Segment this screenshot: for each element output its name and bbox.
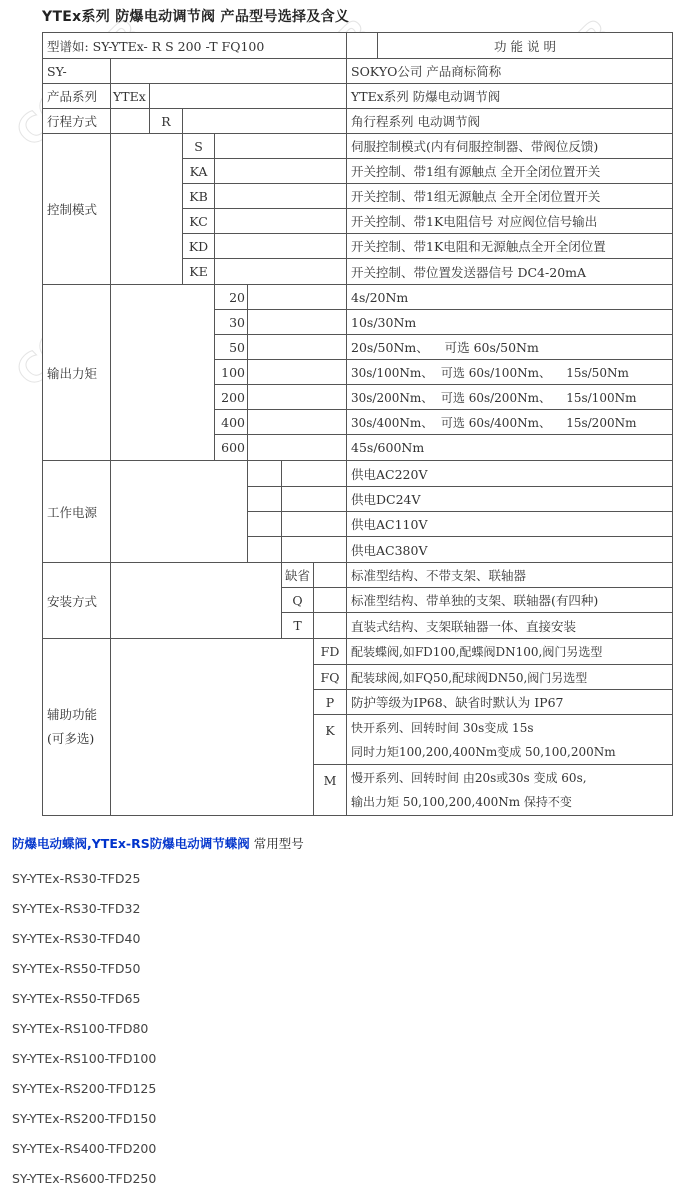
aux-label-line2: (可多选): [47, 727, 94, 751]
header-function: 功 能 说 明: [377, 32, 673, 59]
power-blank-2: [281, 486, 347, 512]
control-desc-kd: 开关控制、带1K电阻和无源触点全开全闭位置: [346, 233, 673, 259]
aux-desc-fd: 配装蝶阀,如FD100,配蝶阀DN100,阀门另选型: [346, 638, 673, 665]
torque-code-20: 20: [214, 284, 248, 310]
control-blank-kd: [214, 233, 347, 259]
torque-blank: [110, 284, 215, 461]
model-selection-table: 型谱如: SY-YTEx- R S 200 -T FQ100 功 能 说 明 S…: [0, 0, 679, 820]
power-label: 工作电源: [42, 460, 111, 563]
control-blank-kb: [214, 183, 347, 209]
torque-label: 输出力矩: [42, 284, 111, 461]
torque-desc-400: 30s/400Nm、 可选 60s/400Nm、 15s/200Nm: [346, 409, 673, 435]
model-item: SY-YTEx-RS200-TFD125: [12, 1074, 304, 1104]
aux-desc-k-line2: 同时力矩100,200,400Nm变成 50,100,200Nm: [351, 740, 616, 764]
series-desc: YTEx系列 防爆电动调节阀: [346, 83, 673, 109]
mount-label: 安装方式: [42, 562, 111, 639]
mount-blank-t: [313, 612, 347, 639]
aux-desc-p: 防护等级为IP68、缺省时默认为 IP67: [346, 689, 673, 715]
power-code-3: [247, 511, 282, 537]
model-item: SY-YTEx-RS100-TFD100: [12, 1044, 304, 1074]
model-item: SY-YTEx-RS30-TFD40: [12, 924, 304, 954]
torque-desc-30: 10s/30Nm: [346, 309, 673, 335]
mount-desc-default: 标准型结构、不带支架、联轴器: [346, 562, 673, 588]
control-blank-ke: [214, 258, 347, 285]
aux-code-k: K: [313, 714, 347, 765]
control-label: 控制模式: [42, 133, 111, 285]
torque-blank-200: [247, 384, 347, 410]
model-item: SY-YTEx-RS200-TFD150: [12, 1104, 304, 1134]
power-code-2: [247, 486, 282, 512]
power-blank: [110, 460, 248, 563]
torque-desc-20: 4s/20Nm: [346, 284, 673, 310]
model-item: SY-YTEx-RS50-TFD50: [12, 954, 304, 984]
mount-desc-q: 标准型结构、带单独的支架、联轴器(有四种): [346, 587, 673, 613]
control-desc-s: 伺服控制模式(内有伺服控制器、带阀位反馈): [346, 133, 673, 159]
model-item: SY-YTEx-RS30-TFD32: [12, 894, 304, 924]
model-item: SY-YTEx-RS400-TFD200: [12, 1134, 304, 1164]
stroke-label: 行程方式: [42, 108, 111, 134]
brand-blank: [110, 58, 347, 84]
control-blank: [110, 133, 183, 285]
mount-blank-q: [313, 587, 347, 613]
aux-label-line1: 辅助功能: [47, 703, 97, 727]
stroke-blank1: [110, 108, 150, 134]
aux-label: 辅助功能 (可多选): [42, 638, 111, 816]
model-item: SY-YTEx-RS50-TFD65: [12, 984, 304, 1014]
power-blank-4: [281, 536, 347, 563]
control-blank-kc: [214, 208, 347, 234]
power-code-1: [247, 460, 282, 487]
control-blank-ka: [214, 158, 347, 184]
model-item: SY-YTEx-RS600-TFD250: [12, 1164, 304, 1186]
series-blank: [149, 83, 347, 109]
brand-desc: SOKYO公司 产品商标简称: [346, 58, 673, 84]
torque-desc-200: 30s/200Nm、 可选 60s/200Nm、 15s/100Nm: [346, 384, 673, 410]
power-desc-ac220: 供电AC220V: [346, 460, 673, 487]
torque-code-600: 600: [214, 434, 248, 461]
stroke-code: R: [149, 108, 183, 134]
mount-blank-default: [313, 562, 347, 588]
torque-code-200: 200: [214, 384, 248, 410]
torque-blank-400: [247, 409, 347, 435]
model-item: SY-YTEx-RS100-TFD80: [12, 1014, 304, 1044]
aux-desc-m-line2: 输出力矩 50,100,200,400Nm 保持不变: [351, 790, 572, 814]
mount-code-t: T: [281, 612, 314, 639]
control-code-kb: KB: [182, 183, 215, 209]
power-code-4: [247, 536, 282, 563]
control-code-ka: KA: [182, 158, 215, 184]
header-spacer: [346, 32, 378, 59]
mount-blank: [110, 562, 282, 639]
torque-desc-100: 30s/100Nm、 可选 60s/100Nm、 15s/50Nm: [346, 359, 673, 385]
torque-blank-600: [247, 434, 347, 461]
series-code: YTEx: [110, 83, 150, 109]
mount-desc-t: 直装式结构、支架联轴器一体、直接安装: [346, 612, 673, 639]
torque-code-30: 30: [214, 309, 248, 335]
aux-desc-fq: 配装球阀,如FQ50,配球阀DN50,阀门另选型: [346, 664, 673, 690]
torque-desc-600: 45s/600Nm: [346, 434, 673, 461]
aux-desc-m-line1: 慢开系列、回转时间 由20s或30s 变成 60s,: [351, 766, 587, 790]
control-desc-kc: 开关控制、带1K电阻信号 对应阀位信号输出: [346, 208, 673, 234]
common-models-section: 防爆电动蝶阀,YTEx-RS防爆电动调节蝶阀 常用型号 SY-YTEx-RS30…: [12, 834, 304, 1186]
torque-code-50: 50: [214, 334, 248, 360]
power-blank-3: [281, 511, 347, 537]
torque-blank-30: [247, 309, 347, 335]
brand-code: SY-: [42, 58, 111, 84]
mount-code-default: 缺省: [281, 562, 314, 588]
aux-desc-m: 慢开系列、回转时间 由20s或30s 变成 60s, 输出力矩 50,100,2…: [346, 764, 673, 816]
control-desc-kb: 开关控制、带1组无源触点 全开全闭位置开关: [346, 183, 673, 209]
models-heading-suffix: 常用型号: [250, 836, 304, 851]
torque-code-100: 100: [214, 359, 248, 385]
control-desc-ka: 开关控制、带1组有源触点 全开全闭位置开关: [346, 158, 673, 184]
control-code-kd: KD: [182, 233, 215, 259]
aux-desc-k: 快开系列、回转时间 30s变成 15s 同时力矩100,200,400Nm变成 …: [346, 714, 673, 765]
control-desc-ke: 开关控制、带位置发送器信号 DC4-20mA: [346, 258, 673, 285]
aux-desc-k-line1: 快开系列、回转时间 30s变成 15s: [351, 716, 534, 740]
model-item: SY-YTEx-RS30-TFD25: [12, 864, 304, 894]
control-code-s: S: [182, 133, 215, 159]
series-label: 产品系列: [42, 83, 111, 109]
power-desc-ac110: 供电AC110V: [346, 511, 673, 537]
power-desc-dc24: 供电DC24V: [346, 486, 673, 512]
aux-code-fd: FD: [313, 638, 347, 665]
torque-blank-50: [247, 334, 347, 360]
aux-blank: [110, 638, 314, 816]
aux-code-m: M: [313, 764, 347, 816]
models-heading-link[interactable]: 防爆电动蝶阀,YTEx-RS防爆电动调节蝶阀: [12, 836, 250, 851]
power-desc-ac380: 供电AC380V: [346, 536, 673, 563]
control-code-ke: KE: [182, 258, 215, 285]
models-heading: 防爆电动蝶阀,YTEx-RS防爆电动调节蝶阀 常用型号: [12, 834, 304, 854]
mount-code-q: Q: [281, 587, 314, 613]
stroke-desc: 角行程系列 电动调节阀: [346, 108, 673, 134]
header-example: 型谱如: SY-YTEx- R S 200 -T FQ100: [42, 32, 347, 59]
control-code-kc: KC: [182, 208, 215, 234]
stroke-blank2: [182, 108, 347, 134]
control-blank-s: [214, 133, 347, 159]
aux-code-fq: FQ: [313, 664, 347, 690]
torque-blank-100: [247, 359, 347, 385]
power-blank-1: [281, 460, 347, 487]
torque-desc-50: 20s/50Nm、 可选 60s/50Nm: [346, 334, 673, 360]
torque-code-400: 400: [214, 409, 248, 435]
torque-blank-20: [247, 284, 347, 310]
aux-code-p: P: [313, 689, 347, 715]
